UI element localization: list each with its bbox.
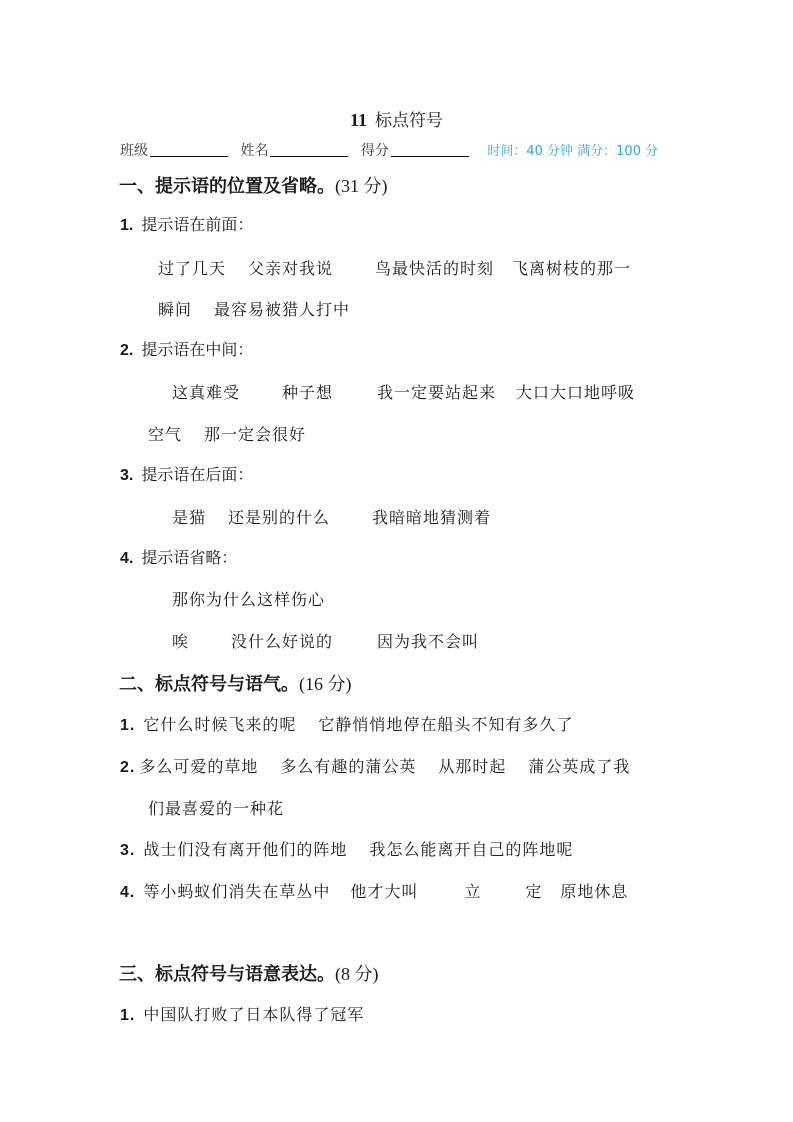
question-number: 3.	[120, 842, 135, 859]
question-label: 提示语在前面：	[141, 215, 253, 234]
question-1-2: 2.提示语在中间：	[120, 337, 253, 360]
time-and-score-meta: 时间：40 分钟 满分：100 分	[487, 144, 658, 159]
fragment: 没什么好说的	[231, 632, 333, 651]
question-1-1-line-1: 过了几天父亲对我说鸟最快活的时刻飞离树枝的那一	[158, 256, 631, 279]
question-3-1: 1.中国队打败了日本队得了冠军	[120, 1002, 364, 1025]
page-title: 11标点符号	[0, 106, 793, 131]
fragment: 原地休息	[560, 882, 628, 901]
question-1-2-line-1: 这真难受种子想我一定要站起来大口大口地呼吸	[172, 380, 635, 403]
fragment: 那一定会很好	[204, 425, 306, 444]
question-2-2-line-1: 2.多么可爱的草地多么有趣的蒲公英从那时起蒲公英成了我	[120, 754, 630, 777]
fragment: 我暗暗地猜测着	[372, 508, 491, 527]
score-blank[interactable]	[391, 156, 469, 157]
question-label: 提示语省略：	[141, 548, 237, 567]
fragment: 空气	[148, 425, 182, 444]
fragment: 蒲公英成了我	[528, 757, 630, 776]
fragment: 多么有趣的蒲公英	[280, 757, 416, 776]
fragment: 从那时起	[438, 757, 506, 776]
question-label: 提示语在后面：	[141, 465, 253, 484]
fragment: 定	[525, 882, 542, 901]
fragment: 鸟最快活的时刻	[375, 259, 494, 278]
fragment: 过了几天	[158, 259, 226, 278]
question-1-4-line-2: 唉没什么好说的因为我不会叫	[172, 629, 479, 652]
fragment: 立	[464, 882, 481, 901]
fragment: 还是别的什么	[228, 508, 330, 527]
question-number: 3.	[120, 467, 133, 484]
score-label: 得分	[361, 143, 389, 159]
class-blank[interactable]	[150, 156, 228, 157]
name-label: 姓名	[240, 143, 268, 159]
question-2-2-line-2: 们最喜爱的一种花	[148, 796, 284, 819]
section-points: (16 分)	[299, 674, 352, 694]
fragment: 这真难受	[172, 383, 240, 402]
fragment: 它静悄悄地停在船头不知有多久了	[318, 715, 573, 734]
lesson-title: 标点符号	[375, 111, 443, 131]
fragment: 它什么时候飞来的呢	[143, 715, 296, 734]
question-1-4-line-1: 那你为什么这样伤心	[172, 587, 325, 610]
question-1-1-line-2: 瞬间最容易被猎人打中	[158, 297, 350, 320]
fragment: 大口大口地呼吸	[516, 383, 635, 402]
question-number: 4.	[120, 884, 135, 901]
question-2-3: 3.战士们没有离开他们的阵地我怎么能离开自己的阵地呢	[120, 837, 573, 860]
fragment: 战士们没有离开他们的阵地	[143, 840, 347, 859]
fragment: 唉	[172, 632, 189, 651]
student-info-row: 班级 姓名 得分 时间：40 分钟 满分：100 分	[120, 140, 658, 160]
question-1-2-line-2: 空气那一定会很好	[148, 422, 306, 445]
fragment: 是猫	[172, 508, 206, 527]
question-number: 2.	[120, 759, 135, 776]
fragment: 父亲对我说	[248, 259, 333, 278]
section-heading-text: 一、提示语的位置及省略。	[119, 176, 335, 197]
lesson-number: 11	[350, 110, 367, 130]
question-1-4: 4.提示语省略：	[120, 545, 237, 568]
section-heading-3: 三、标点符号与语意表达。(8 分)	[119, 960, 379, 986]
fragment: 瞬间	[158, 300, 192, 319]
question-1-1: 1.提示语在前面：	[120, 212, 253, 235]
question-number: 1.	[120, 217, 133, 234]
question-2-1: 1.它什么时候飞来的呢它静悄悄地停在船头不知有多久了	[120, 712, 573, 735]
question-number: 4.	[120, 550, 133, 567]
fragment: 种子想	[282, 383, 333, 402]
fragment: 我怎么能离开自己的阵地呢	[369, 840, 573, 859]
question-label: 提示语在中间：	[141, 340, 253, 359]
question-2-4: 4.等小蚂蚁们消失在草丛中他才大叫立定原地休息	[120, 879, 628, 902]
question-1-3: 3.提示语在后面：	[120, 462, 253, 485]
fragment: 最容易被猎人打中	[214, 300, 350, 319]
section-heading-2: 二、标点符号与语气。(16 分)	[119, 670, 352, 696]
fragment: 中国队打败了日本队得了冠军	[143, 1005, 364, 1024]
fragment: 多么可爱的草地	[139, 757, 258, 776]
section-points: (31 分)	[335, 176, 388, 196]
fragment: 因为我不会叫	[377, 632, 479, 651]
fragment: 等小蚂蚁们消失在草丛中	[143, 882, 330, 901]
class-label: 班级	[120, 143, 148, 159]
fragment: 飞离树枝的那一	[512, 259, 631, 278]
name-blank[interactable]	[270, 156, 348, 157]
question-number: 2.	[120, 342, 133, 359]
section-heading-text: 二、标点符号与语气。	[119, 674, 299, 695]
question-1-3-line-1: 是猫还是别的什么我暗暗地猜测着	[172, 505, 491, 528]
question-number: 1.	[120, 1007, 135, 1024]
fragment: 那你为什么这样伤心	[172, 590, 325, 609]
fragment: 他才大叫	[350, 882, 418, 901]
section-heading-1: 一、提示语的位置及省略。(31 分)	[119, 172, 388, 198]
fragment: 我一定要站起来	[377, 383, 496, 402]
section-heading-text: 三、标点符号与语意表达。	[119, 964, 335, 985]
section-points: (8 分)	[335, 964, 379, 984]
question-number: 1.	[120, 717, 135, 734]
fragment: 们最喜爱的一种花	[148, 799, 284, 818]
